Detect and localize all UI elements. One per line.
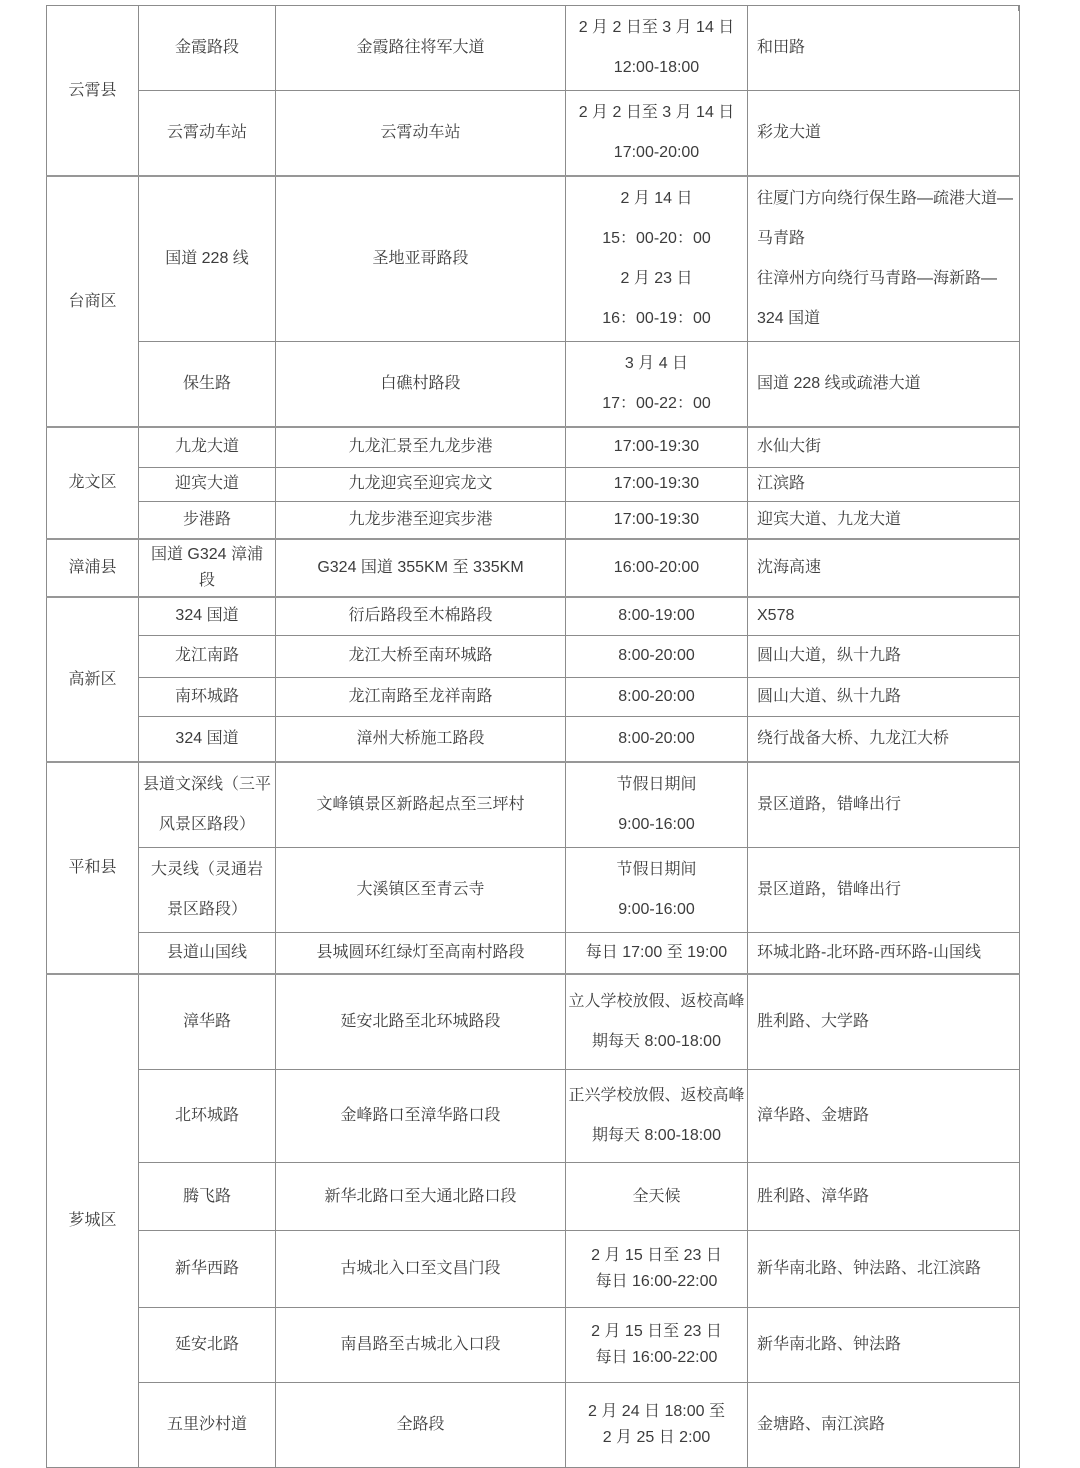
road-cell: 县道文深线（三平 风景区路段）: [139, 762, 276, 848]
time-cell: 节假日期间 9:00-16:00: [566, 848, 748, 933]
road-cell: 龙江南路: [139, 635, 276, 677]
detour-cell: 水仙大街: [748, 427, 1020, 467]
road-cell: 金霞路段: [139, 6, 276, 91]
detour-cell: 往厦门方向绕行保生路—疏港大道— 马青路 往漳州方向绕行马青路—海新路— 324…: [748, 176, 1020, 342]
road-cell: 漳华路: [139, 974, 276, 1070]
segment-cell: 九龙迎宾至迎宾龙文: [276, 467, 566, 501]
time-cell: 8:00-20:00: [566, 677, 748, 716]
time-cell: 每日 17:00 至 19:00: [566, 933, 748, 974]
time-cell: 立人学校放假、返校高峰 期每天 8:00-18:00: [566, 974, 748, 1070]
time-cell: 2 月 15 日至 23 日 每日 16:00-22:00: [566, 1308, 748, 1383]
detour-cell: 新华南北路、钟法路、北江滨路: [748, 1231, 1020, 1308]
road-cell: 南环城路: [139, 677, 276, 716]
road-cell: 五里沙村道: [139, 1383, 276, 1468]
column-border-stub: [565, 5, 566, 11]
time-cell: 16:00-20:00: [566, 539, 748, 597]
district-cell: 台商区: [47, 176, 139, 427]
district-cell: 龙文区: [47, 427, 139, 539]
segment-cell: 白礁村路段: [276, 342, 566, 428]
road-cell: 324 国道: [139, 597, 276, 635]
road-cell: 新华西路: [139, 1231, 276, 1308]
segment-cell: 新华北路口至大通北路口段: [276, 1163, 566, 1231]
column-border-stub: [138, 5, 139, 11]
segment-cell: 古城北入口至文昌门段: [276, 1231, 566, 1308]
time-cell: 2 月 14 日 15：00-20：00 2 月 23 日 16：00-19：0…: [566, 176, 748, 342]
detour-cell: 迎宾大道、九龙大道: [748, 501, 1020, 539]
segment-cell: 九龙步港至迎宾步港: [276, 501, 566, 539]
segment-cell: 全路段: [276, 1383, 566, 1468]
segment-cell: 县城圆环红绿灯至高南村路段: [276, 933, 566, 974]
time-cell: 17:00-19:30: [566, 501, 748, 539]
road-cell: 保生路: [139, 342, 276, 428]
column-border-stub: [747, 5, 748, 11]
road-cell: 延安北路: [139, 1308, 276, 1383]
detour-cell: 彩龙大道: [748, 91, 1020, 177]
detour-cell: 沈海高速: [748, 539, 1020, 597]
time-cell: 2 月 15 日至 23 日 每日 16:00-22:00: [566, 1231, 748, 1308]
column-border-stub: [275, 5, 276, 11]
segment-cell: 九龙汇景至九龙步港: [276, 427, 566, 467]
segment-cell: 龙江大桥至南环城路: [276, 635, 566, 677]
road-cell: 迎宾大道: [139, 467, 276, 501]
detour-cell: 景区道路，错峰出行: [748, 848, 1020, 933]
segment-cell: 大溪镇区至青云寺: [276, 848, 566, 933]
time-cell: 节假日期间 9:00-16:00: [566, 762, 748, 848]
time-cell: 3 月 4 日 17：00-22：00: [566, 342, 748, 428]
segment-cell: 龙江南路至龙祥南路: [276, 677, 566, 716]
segment-cell: 文峰镇景区新路起点至三坪村: [276, 762, 566, 848]
time-cell: 8:00-20:00: [566, 635, 748, 677]
road-cell: 大灵线（灵通岩 景区路段）: [139, 848, 276, 933]
column-border-stub: [1018, 5, 1019, 11]
time-cell: 8:00-20:00: [566, 716, 748, 762]
time-cell: 8:00-19:00: [566, 597, 748, 635]
time-cell: 全天候: [566, 1163, 748, 1231]
segment-cell: 云霄动车站: [276, 91, 566, 177]
detour-cell: X578: [748, 597, 1020, 635]
segment-cell: G324 国道 355KM 至 335KM: [276, 539, 566, 597]
detour-cell: 金塘路、南江滨路: [748, 1383, 1020, 1468]
segment-cell: 南昌路至古城北入口段: [276, 1308, 566, 1383]
detour-cell: 新华南北路、钟法路: [748, 1308, 1020, 1383]
district-cell: 高新区: [47, 597, 139, 762]
detour-cell: 国道 228 线或疏港大道: [748, 342, 1020, 428]
time-cell: 2 月 2 日至 3 月 14 日 17:00-20:00: [566, 91, 748, 177]
traffic-restriction-table: 云霄县 金霞路段 金霞路往将军大道 2 月 2 日至 3 月 14 日 12:0…: [46, 5, 1020, 1468]
detour-cell: 漳华路、金塘路: [748, 1070, 1020, 1163]
detour-cell: 圆山大道，纵十九路: [748, 635, 1020, 677]
time-cell: 2 月 2 日至 3 月 14 日 12:00-18:00: [566, 6, 748, 91]
road-cell: 国道 228 线: [139, 176, 276, 342]
detour-cell: 和田路: [748, 6, 1020, 91]
road-cell: 九龙大道: [139, 427, 276, 467]
column-border-stub: [46, 5, 47, 11]
segment-cell: 延安北路至北环城路段: [276, 974, 566, 1070]
road-cell: 步港路: [139, 501, 276, 539]
segment-cell: 圣地亚哥路段: [276, 176, 566, 342]
detour-cell: 胜利路、大学路: [748, 974, 1020, 1070]
road-cell: 国道 G324 漳浦段: [139, 539, 276, 597]
segment-cell: 金峰路口至漳华路口段: [276, 1070, 566, 1163]
detour-cell: 环城北路-北环路-西环路-山国线: [748, 933, 1020, 974]
road-cell: 县道山国线: [139, 933, 276, 974]
district-cell: 芗城区: [47, 974, 139, 1468]
district-cell: 云霄县: [47, 6, 139, 177]
time-cell: 2 月 24 日 18:00 至 2 月 25 日 2:00: [566, 1383, 748, 1468]
detour-cell: 江滨路: [748, 467, 1020, 501]
segment-cell: 衍后路段至木棉路段: [276, 597, 566, 635]
detour-cell: 绕行战备大桥、九龙江大桥: [748, 716, 1020, 762]
time-cell: 17:00-19:30: [566, 467, 748, 501]
time-cell: 正兴学校放假、返校高峰 期每天 8:00-18:00: [566, 1070, 748, 1163]
segment-cell: 漳州大桥施工路段: [276, 716, 566, 762]
district-cell: 平和县: [47, 762, 139, 974]
road-cell: 腾飞路: [139, 1163, 276, 1231]
time-cell: 17:00-19:30: [566, 427, 748, 467]
segment-cell: 金霞路往将军大道: [276, 6, 566, 91]
detour-cell: 圆山大道、纵十九路: [748, 677, 1020, 716]
road-cell: 324 国道: [139, 716, 276, 762]
district-cell: 漳浦县: [47, 539, 139, 597]
detour-cell: 景区道路，错峰出行: [748, 762, 1020, 848]
road-cell: 云霄动车站: [139, 91, 276, 177]
road-cell: 北环城路: [139, 1070, 276, 1163]
detour-cell: 胜利路、漳华路: [748, 1163, 1020, 1231]
